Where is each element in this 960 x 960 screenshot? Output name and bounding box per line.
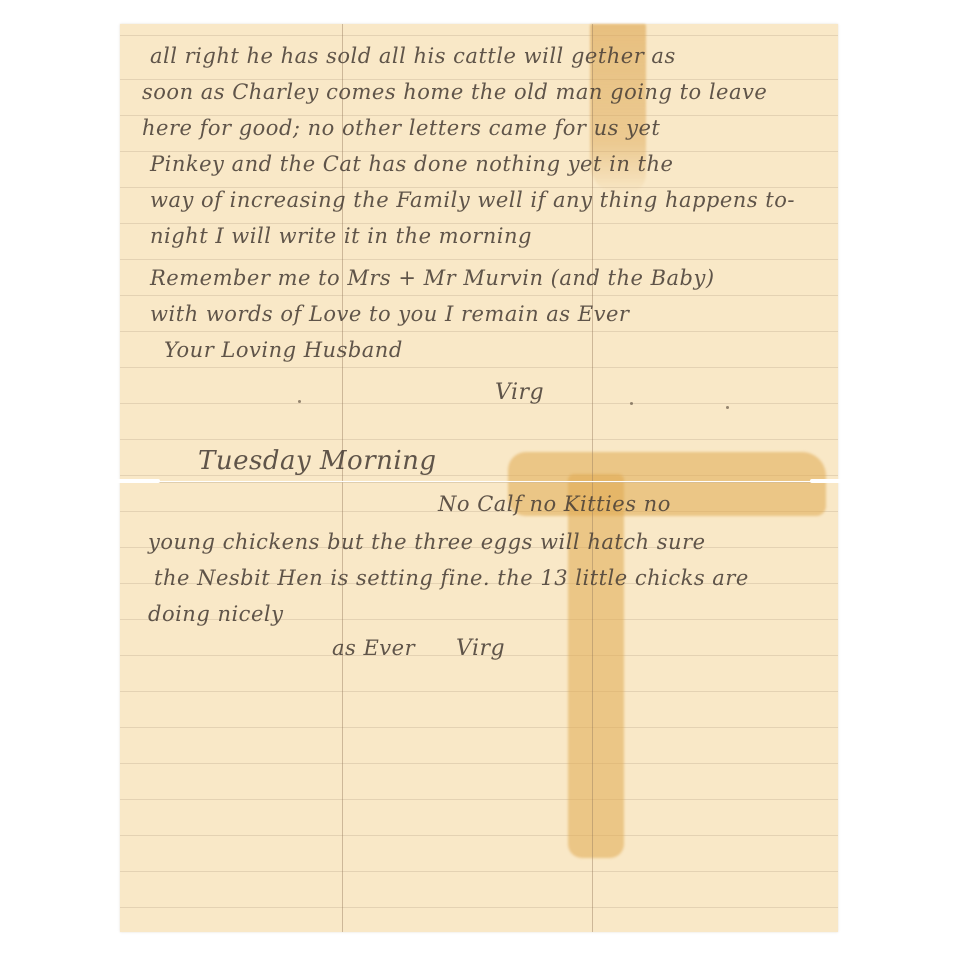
letter-line-5: way of increasing the Family well if any… <box>150 188 795 212</box>
letter-line-7: Remember me to Mrs + Mr Murvin (and the … <box>150 266 715 290</box>
ink-speck <box>298 400 301 403</box>
letter-line-9: Your Loving Husband <box>164 338 403 362</box>
letter-line-4: Pinkey and the Cat has done nothing yet … <box>150 152 673 176</box>
letter-line-1: all right he has sold all his cattle wil… <box>150 44 676 68</box>
postscript-line-3: the Nesbit Hen is setting fine. the 13 l… <box>154 566 749 590</box>
letter-line-3: here for good; no other letters came for… <box>142 116 660 140</box>
postscript-line-4: doing nicely <box>148 602 283 626</box>
edge-tear-left <box>100 479 160 483</box>
letter-line-2: soon as Charley comes home the old man g… <box>142 80 767 104</box>
ink-speck <box>726 406 729 409</box>
postscript-line-2: young chickens but the three eggs will h… <box>148 530 706 554</box>
letter-line-8: with words of Love to you I remain as Ev… <box>150 302 629 326</box>
postscript-heading: Tuesday Morning <box>198 446 437 476</box>
ink-speck <box>630 402 633 405</box>
signature-second: Virg <box>456 636 505 661</box>
letter-line-6: night I will write it in the morning <box>150 224 532 248</box>
closing-text: as Ever <box>332 636 415 660</box>
edge-tear-right <box>810 479 870 483</box>
letter-page: all right he has sold all his cattle wil… <box>120 24 838 932</box>
signature-first: Virg <box>495 380 544 405</box>
postscript-line-1: No Calf no Kitties no <box>438 492 671 516</box>
fold-line-horizontal <box>120 481 838 483</box>
